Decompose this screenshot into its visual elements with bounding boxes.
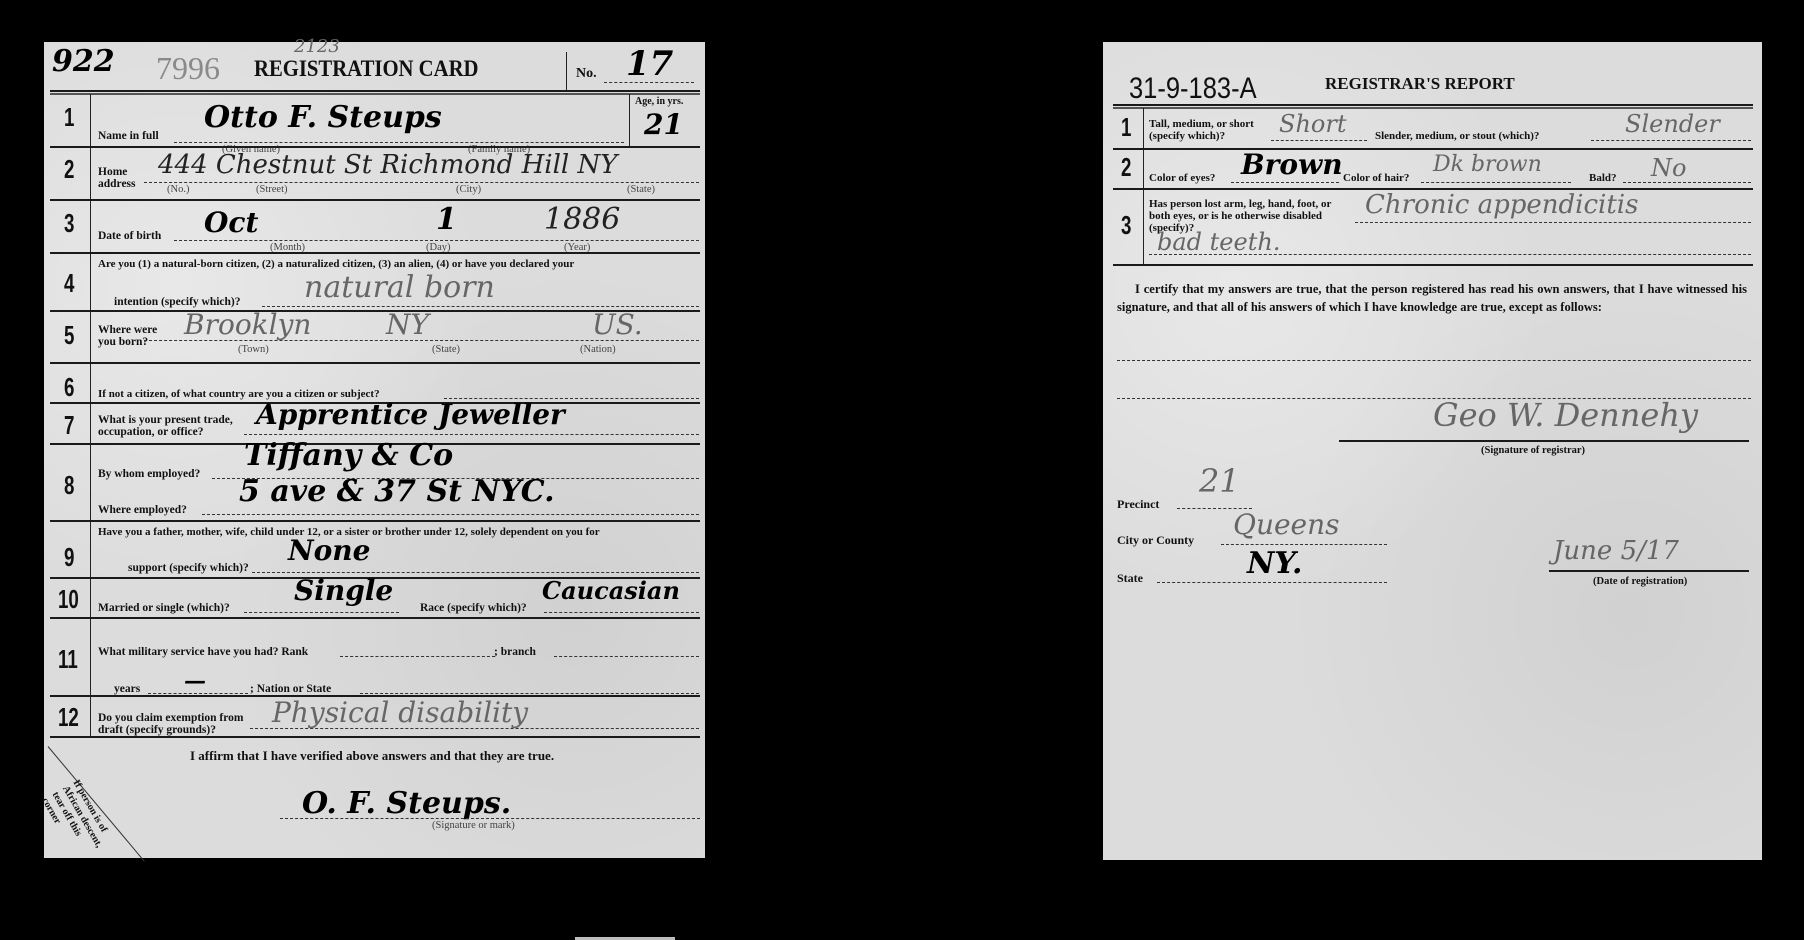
age-label: Age, in yrs. [635,96,683,108]
eye-color-value: Brown [1241,148,1343,181]
registrar-caption: (Signature of registrar) [1481,445,1585,457]
card-title: REGISTRATION CARD [254,56,478,82]
signature-caption: (Signature or mark) [432,820,515,832]
registrars-report: 31-9-183-A REGISTRAR'S REPORT 1 Tall, me… [1103,42,1762,860]
corner-number: 922 [52,44,115,79]
birthplace-state: NY [386,308,429,341]
number-column-line [90,94,91,736]
disability-value: Chronic appendicitis [1365,190,1638,220]
disability-value-line2: bad teeth. [1157,228,1280,256]
birthplace-nation: US. [592,308,643,341]
height-value: Short [1279,110,1346,138]
name-value: Otto F. Steups [204,100,442,135]
hair-color-value: Dk brown [1433,152,1542,177]
stamp-number: 7996 [156,50,220,87]
exemption-value: Physical disability [272,696,528,729]
card-number: 17 [626,44,673,84]
bald-value: No [1651,154,1686,182]
affirmation-text: I affirm that I have verified above answ… [190,750,554,762]
divider [566,52,567,90]
precinct-label: Precinct [1117,498,1159,510]
age-value: 21 [644,108,683,141]
race-value: Caucasian [542,576,680,605]
report-title: REGISTRAR'S REPORT [1325,74,1515,94]
no-label: No. [576,68,597,80]
city-value: Queens [1233,508,1340,541]
registrant-signature: O. F. Steups. [302,786,511,821]
state-value: NY. [1247,546,1302,581]
birth-month: Oct [204,206,258,239]
state-label: State [1117,572,1143,584]
overwrite-number: 2123 [294,36,340,57]
date-caption: (Date of registration) [1593,576,1687,588]
military-years-value: — [184,668,206,694]
occupation-value: Apprentice Jeweller [256,398,565,431]
tear-off-note: If person is of African descent, tear of… [38,778,114,862]
address-value: 444 Chestnut St Richmond Hill NY [158,150,617,180]
registration-card: 922 7996 2123 REGISTRATION CARD No. 17 1… [44,42,705,858]
build-value: Slender [1625,110,1720,138]
birthplace-town: Brooklyn [184,308,311,341]
city-label: City or County [1117,534,1194,546]
precinct-value: 21 [1199,462,1240,500]
registration-date-value: June 5/17 [1553,536,1679,566]
dependents-value: None [288,534,370,567]
birth-year: 1886 [544,202,620,237]
employer-location-value: 5 ave & 37 St NYC. [239,474,555,509]
marital-status-value: Single [294,574,393,607]
registrar-signature: Geo W. Dennehy [1433,396,1698,434]
serial-number: 31-9-183-A [1129,72,1257,106]
certification-text: I certify that my answers are true, that… [1117,280,1747,316]
employer-value: Tiffany & Co [244,438,453,473]
citizenship-value: natural born [304,270,495,305]
birth-day: 1 [436,202,457,237]
